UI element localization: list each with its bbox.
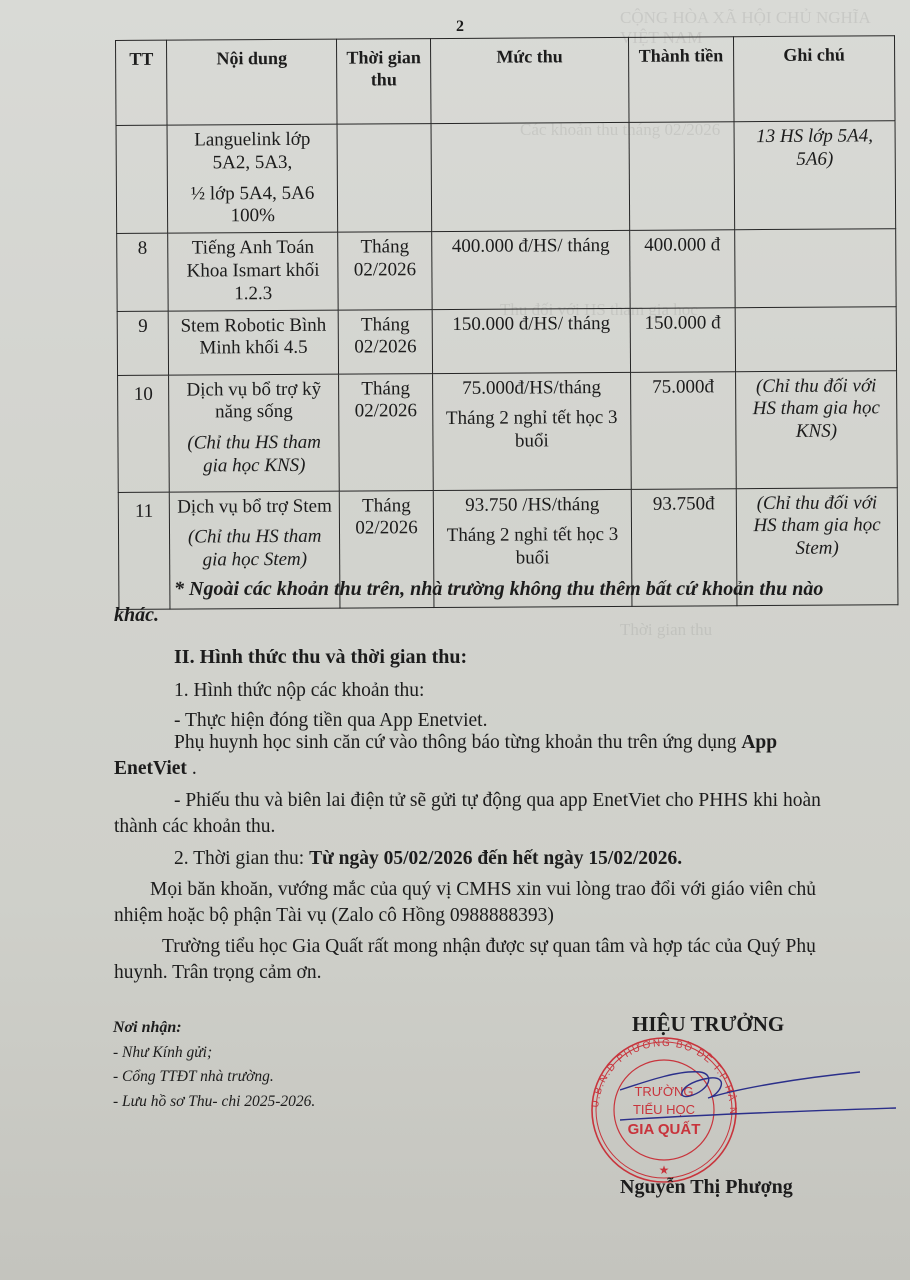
header-period: Thời gian thu xyxy=(336,39,431,125)
cell-period: Tháng 02/2026 xyxy=(338,309,433,374)
signature-icon xyxy=(620,1060,900,1140)
payment-method-title: 1. Hình thức nộp các khoản thu: xyxy=(174,678,424,704)
header-tt: TT xyxy=(116,40,168,125)
cell-period xyxy=(337,124,432,233)
fee-table: TT Nội dung Thời gian thu Mức thu Thành … xyxy=(115,35,898,609)
collection-period-label: 2. Thời gian thu: xyxy=(174,848,309,869)
content-note: (Chỉ thu HS tham gia học KNS) xyxy=(176,432,333,479)
rate-value: 93.750 /HS/tháng xyxy=(440,493,625,517)
cell-remark: 13 HS lớp 5A4, 5A6) xyxy=(734,121,896,230)
cell-rate: 75.000đ/HS/tháng Tháng 2 nghỉ tết học 3 … xyxy=(433,372,631,490)
principal-name: Nguyễn Thị Phượng xyxy=(620,1176,793,1199)
content-line: ½ lớp 5A4, 5A6 100% xyxy=(174,182,331,229)
rate-value: 75.000đ/HS/tháng xyxy=(439,376,624,400)
content-line: Dịch vụ bổ trợ Stem xyxy=(176,495,333,519)
cell-rate: 150.000 đ/HS/ tháng xyxy=(432,308,630,373)
table-row: 8 Tiếng Anh Toán Khoa Ismart khối 1.2.3 … xyxy=(117,229,896,311)
recipients-heading: Nơi nhận: xyxy=(113,1015,315,1041)
cell-content: Stem Robotic Bình Minh khối 4.5 xyxy=(169,310,339,375)
cell-period: Tháng 02/2026 xyxy=(338,373,433,491)
cell-amount xyxy=(629,122,735,231)
page-number: 2 xyxy=(456,18,464,36)
cell-tt xyxy=(116,125,168,233)
cell-amount: 75.000đ xyxy=(630,371,736,489)
cell-tt: 8 xyxy=(117,233,169,311)
table-row: 10 Dịch vụ bổ trợ kỹ năng sống (Chỉ thu … xyxy=(118,370,898,492)
no-other-fees-note: * Ngoài các khoản thu trên, nhà trường k… xyxy=(114,576,854,628)
table-row: Languelink lớp 5A2, 5A3, ½ lớp 5A4, 5A6 … xyxy=(116,121,896,234)
cell-amount: 150.000 đ xyxy=(630,307,736,372)
cell-amount: 400.000 đ xyxy=(629,230,735,308)
table-row: 9 Stem Robotic Bình Minh khối 4.5 Tháng … xyxy=(117,306,896,375)
content-note: (Chỉ thu HS tham gia học Stem) xyxy=(176,526,333,573)
recipients-block: Nơi nhận: - Như Kính gửi; - Cổng TTĐT nh… xyxy=(113,1015,315,1115)
content-line: Languelink lớp 5A2, 5A3, xyxy=(174,129,331,176)
closing-statement: Trường tiểu học Gia Quất rất mong nhận đ… xyxy=(114,934,859,986)
cell-content: Tiếng Anh Toán Khoa Ismart khối 1.2.3 xyxy=(168,232,338,310)
cell-remark: (Chỉ thu đối với HS tham gia học KNS) xyxy=(736,370,898,488)
cell-content: Dịch vụ bổ trợ kỹ năng sống (Chỉ thu HS … xyxy=(169,374,339,492)
cell-content: Languelink lớp 5A2, 5A3, ½ lớp 5A4, 5A6 … xyxy=(167,124,337,233)
content-line: Dịch vụ bổ trợ kỹ năng sống xyxy=(175,378,332,425)
table-header-row: TT Nội dung Thời gian thu Mức thu Thành … xyxy=(116,36,896,126)
cell-period: Tháng 02/2026 xyxy=(338,232,433,310)
receipt-info: - Phiếu thu và biên lai điện tử sẽ gửi t… xyxy=(114,788,854,840)
header-rate: Mức thu xyxy=(431,37,629,123)
parent-instruction: Phụ huynh học sinh căn cứ vào thông báo … xyxy=(114,730,854,782)
cell-tt: 10 xyxy=(118,375,170,492)
recipient-item: - Lưu hồ sơ Thu- chi 2025-2026. xyxy=(113,1090,315,1115)
cell-remark xyxy=(735,306,896,371)
parent-instruction-text: Phụ huynh học sinh căn cứ vào thông báo … xyxy=(174,732,741,753)
header-remark: Ghi chú xyxy=(734,36,895,122)
recipient-item: - Cổng TTĐT nhà trường. xyxy=(113,1065,315,1090)
header-content: Nội dung xyxy=(167,39,337,125)
cell-rate xyxy=(431,122,629,231)
section-2-title: II. Hình thức thu và thời gian thu: xyxy=(174,646,467,669)
cell-tt: 9 xyxy=(117,311,169,375)
document-page: CỘNG HÒA XÃ HỘI CHỦ NGHĨA VIỆT NAM Các k… xyxy=(0,0,910,1280)
cell-rate: 400.000 đ/HS/ tháng xyxy=(432,231,630,310)
contact-info: Mọi băn khoăn, vướng mắc của quý vị CMHS… xyxy=(114,877,859,929)
svg-text:★: ★ xyxy=(659,1163,670,1177)
recipient-item: - Như Kính gửi; xyxy=(113,1041,315,1066)
cell-remark xyxy=(735,229,896,307)
parent-instruction-end: . xyxy=(187,758,197,779)
rate-note: Tháng 2 nghỉ tết học 3 buổi xyxy=(440,524,625,571)
rate-note: Tháng 2 nghỉ tết học 3 buổi xyxy=(439,407,624,454)
collection-period: 2. Thời gian thu: Từ ngày 05/02/2026 đến… xyxy=(174,846,682,872)
collection-period-dates: Từ ngày 05/02/2026 đến hết ngày 15/02/20… xyxy=(309,848,682,869)
header-amount: Thành tiền xyxy=(628,37,734,123)
